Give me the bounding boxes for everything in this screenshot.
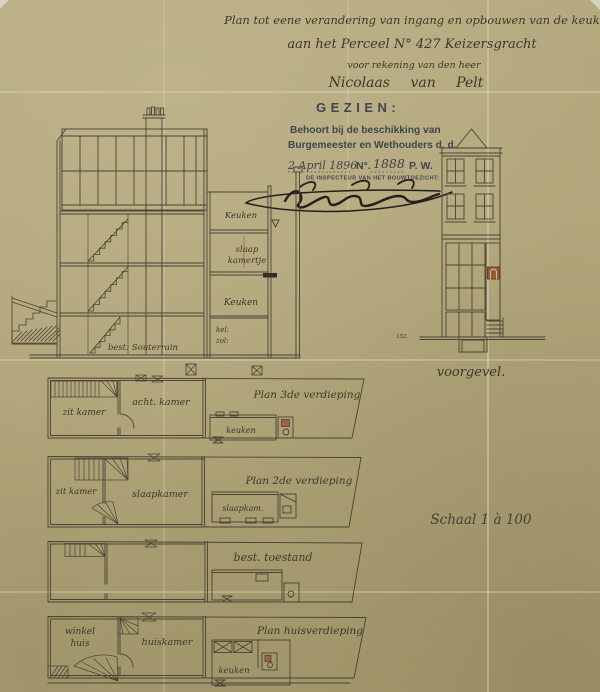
approval-stamp: GEZIEN: Behoort bij de beschikking van B… <box>246 100 457 212</box>
stamp-no-label: N°. <box>356 160 371 172</box>
header-line-3: voor rekening van den heer <box>347 60 482 71</box>
header-client-name: Nicolaas van Pelt <box>328 75 484 91</box>
plan2-room2-label: slaapkamer <box>132 489 189 500</box>
stamp-line-1: Behoort bij de beschikking van <box>290 125 441 136</box>
stamp-no-value: 1888 <box>373 156 405 171</box>
facade-windows-upper <box>445 159 495 222</box>
cross-section: Keuken slaap kamertje Keuken kel: zol: b… <box>12 107 302 358</box>
plan-existing-kitchen <box>212 570 282 602</box>
stamp-gezien: GEZIEN: <box>316 100 400 115</box>
plan2-staircase-top <box>75 458 128 480</box>
plan-ground-room1a-label: winkel <box>65 627 95 637</box>
section-label-kel: kel: <box>216 326 229 334</box>
floor-plan-2nd: zit kamer slaapkamer slaapkam. Plan 2de … <box>48 454 361 527</box>
section-label-kamertje: kamertje <box>228 256 266 266</box>
plan3-room3-label: keuken <box>226 426 255 435</box>
plan-existing-flue-symbol <box>145 540 157 547</box>
plan3-room1-label: zit kamer <box>61 408 106 418</box>
floor-plan-3rd: zit kamer acht. kamer keuken Plan 3de ve… <box>48 375 364 443</box>
plan-ground-room1b-label: huis <box>70 639 89 649</box>
facade-outline <box>442 148 500 337</box>
plan-ground-room3-label: keuken <box>218 666 249 676</box>
plan2-title: Plan 2de verdieping <box>245 475 353 487</box>
plan3-title: Plan 3de verdieping <box>253 389 361 401</box>
header-line-2: aan het Perceel N° 427 Keizersgracht <box>287 37 537 52</box>
drawing-svg: Plan tot eene verandering van ingang en … <box>0 0 600 692</box>
plan-existing-house-walls <box>51 542 208 603</box>
header-line-1: Plan tot eene verandering van ingang en … <box>223 13 600 27</box>
plan3-privy <box>278 417 293 438</box>
plan3-internal-wall <box>118 381 134 436</box>
facade-caption: voorgevel. <box>437 365 506 380</box>
facade-pediment <box>452 129 491 148</box>
plan-ground-room2-label: huiskamer <box>142 637 194 648</box>
floor-plan-ground: winkel huis huiskamer keuken Plan huisve… <box>48 613 366 686</box>
facade-mark: 152. <box>396 334 408 340</box>
funnel-symbol <box>272 220 279 227</box>
plan-ground-staircase-bottom <box>48 655 118 681</box>
plan-existing-staircase <box>65 544 105 557</box>
plan-ground-title: Plan huisverdieping <box>256 625 363 637</box>
section-left-wall <box>57 129 66 357</box>
chimney-stack <box>143 107 165 355</box>
inspector-signature <box>246 180 452 212</box>
section-right-wall <box>204 129 207 357</box>
section-floor-lines <box>60 211 204 316</box>
entrance-steps <box>12 296 60 343</box>
plan2-room3-label: slaapkam. <box>222 504 263 513</box>
plan2-privy <box>280 494 296 518</box>
plan-ground-spiral-stair <box>118 617 138 634</box>
section-label-keuken-mid: Keuken <box>223 298 258 308</box>
section-label-slaap: slaap <box>236 245 259 255</box>
section-label-zol: zol: <box>215 337 229 345</box>
facade-mid-band <box>442 235 500 239</box>
section-label-keuken-top: Keuken <box>224 211 257 221</box>
floor-plan-existing: best. toestand <box>48 540 362 602</box>
plan-ground-privy <box>262 653 277 670</box>
section-label-souterrain: best: Souterrain <box>108 343 178 353</box>
plan2-room1-label: zit kamer <box>55 487 98 497</box>
section-staircase <box>88 214 128 355</box>
plan-existing-title: best. toestand <box>234 551 313 564</box>
flue-stubs <box>186 364 262 375</box>
plan-ground-kitchen <box>212 640 290 686</box>
stamp-inspector-line: DE INSPECTEUR VAN HET BOUWTOEZICHT: <box>306 176 439 182</box>
scale-note: Schaal 1 à 100 <box>430 512 532 528</box>
plan3-staircase <box>51 381 117 397</box>
plan-existing-privy <box>284 583 299 602</box>
stamp-pw: P. W. <box>409 160 433 172</box>
stamp-date-handwritten: 2 April 1896 <box>287 159 357 172</box>
facade-storefront <box>446 243 487 352</box>
plan3-room2-label: acht. kamer <box>132 397 191 408</box>
stamp-line-2: Burgemeester en Wethouders d. d. <box>288 140 457 151</box>
section-beam <box>263 273 277 278</box>
scanned-drawing-sheet: Plan tot eene verandering van ingang en … <box>0 0 600 692</box>
header-handwriting: Plan tot eene verandering van ingang en … <box>223 13 600 91</box>
studio-skylight <box>62 129 207 210</box>
plan2-flue-symbol <box>148 454 160 461</box>
